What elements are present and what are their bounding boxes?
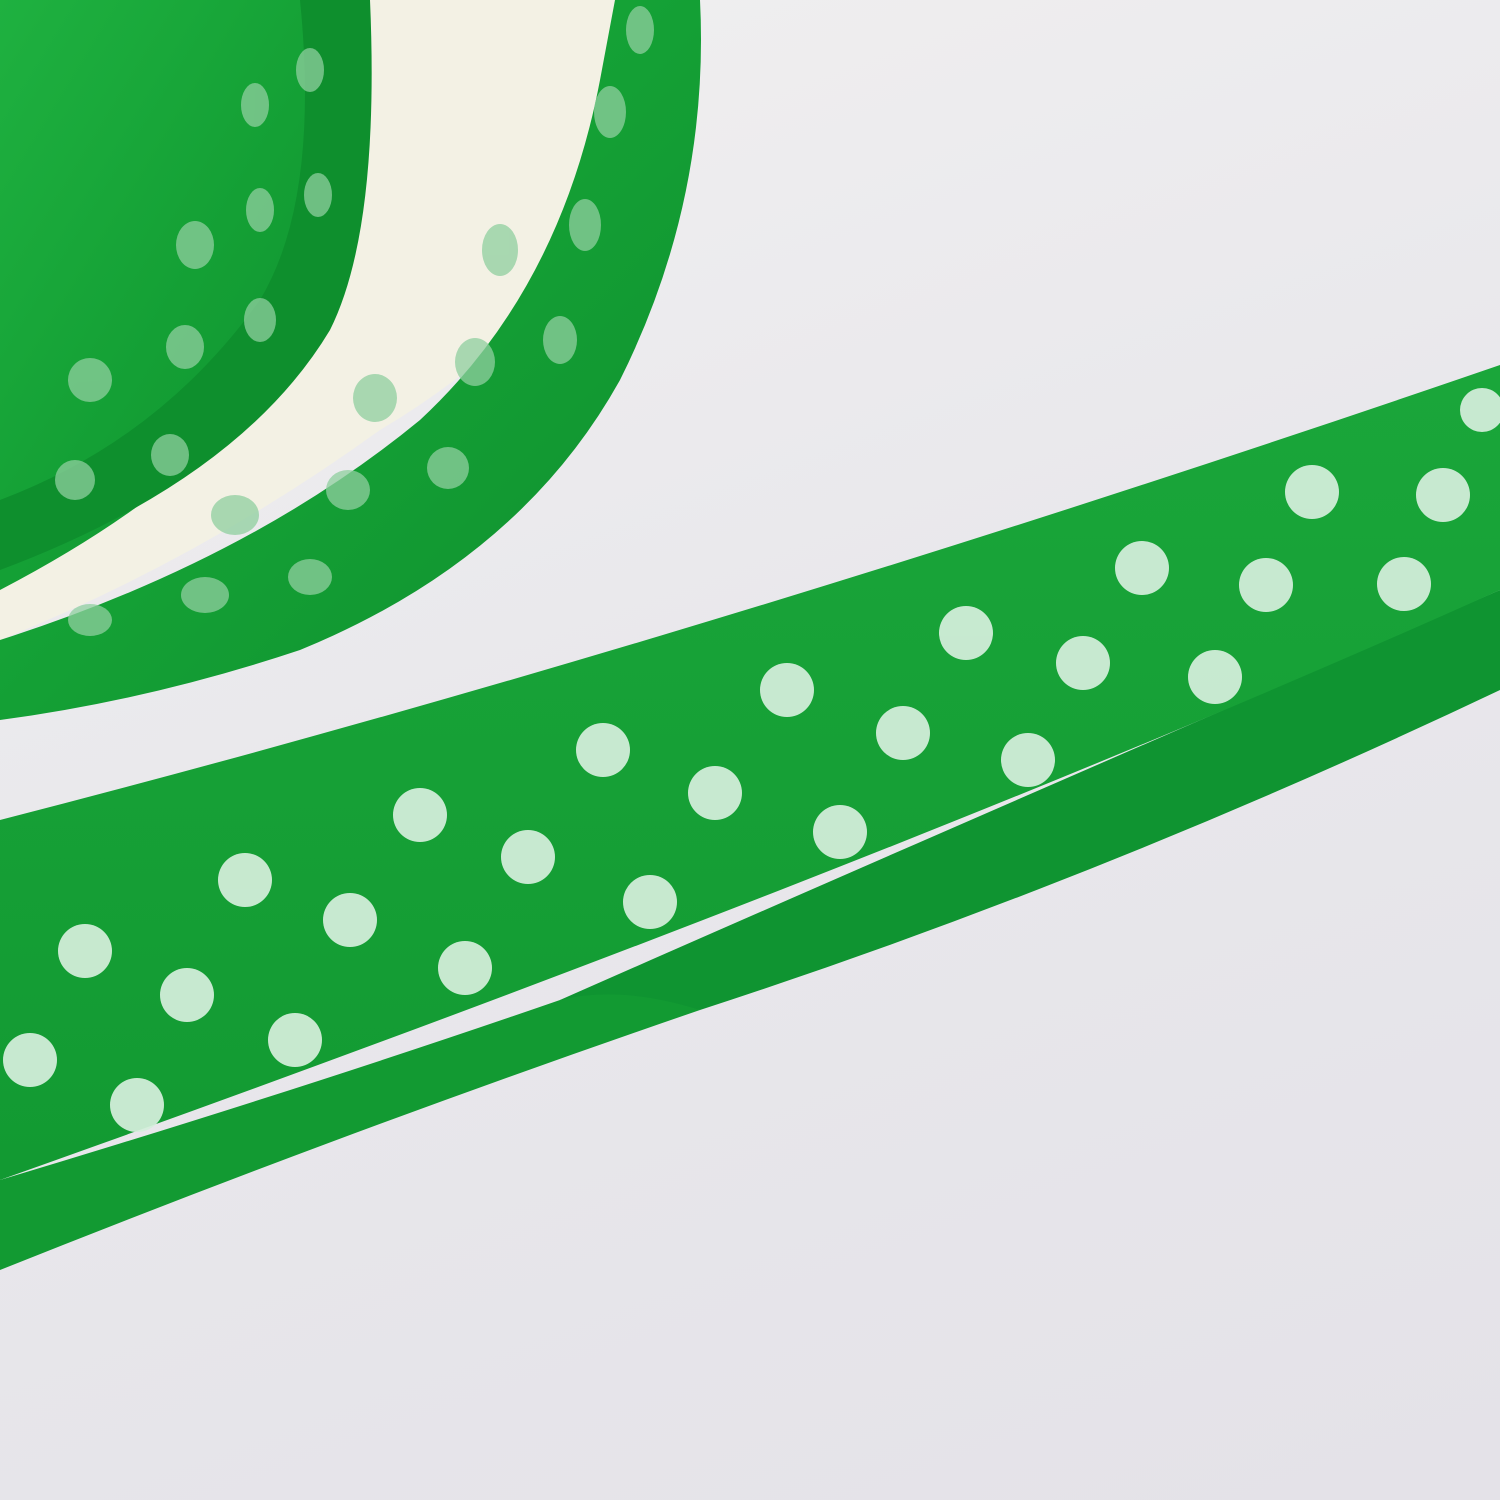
photo-scene	[0, 0, 1500, 1500]
ribbon-illustration	[0, 0, 1500, 1500]
